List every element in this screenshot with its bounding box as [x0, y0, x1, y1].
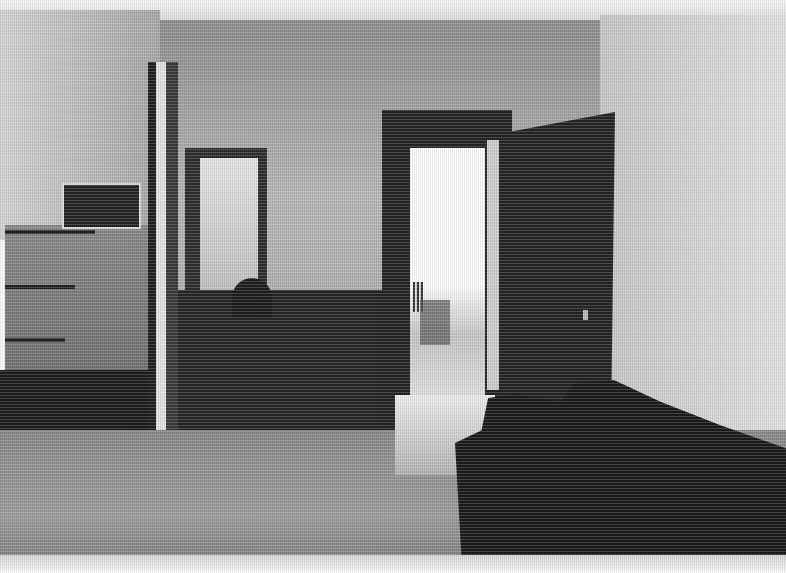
door-frame-left-light [156, 62, 166, 452]
shelf-line [5, 338, 65, 342]
door-handle [583, 310, 588, 320]
door-frame-left-shadow [166, 62, 178, 462]
door-inner-frame-right [487, 140, 499, 390]
box-on-shelf [62, 183, 141, 229]
doorway-bright-room [410, 148, 485, 398]
right-wall [600, 15, 786, 435]
chair-distant [420, 300, 450, 345]
room-photograph [0, 0, 786, 573]
door-frame-left [148, 62, 156, 462]
window-pane [200, 158, 258, 293]
shelf-line [5, 285, 75, 289]
photo-bottom-edge [0, 555, 786, 573]
chair-back [232, 278, 272, 318]
shelf-line [5, 230, 95, 234]
dark-furniture-back [170, 290, 400, 450]
